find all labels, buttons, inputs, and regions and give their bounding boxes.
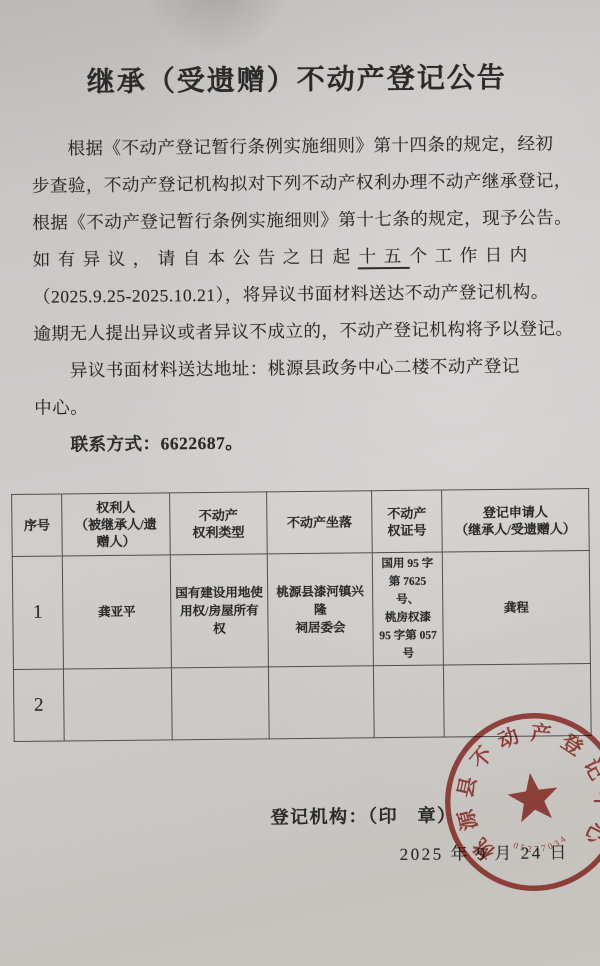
cell-rights-holder [63,668,172,741]
cell-cert-no: 国用 95 字 第 7625 号、 桃房权漆 95 字第 057 号 [372,552,443,666]
table-row: 2 [13,663,591,741]
header-rights-holder: 权利人 （被继承人/遗 赠人） [62,493,171,556]
header-right-type: 不动产 权利类型 [170,492,268,555]
photographed-notice-document: 继承（受遗赠）不动产登记公告 根据《不动产登记暂行条例实施细则》第十四条的规定，… [0,0,600,966]
cell-applicant: 龚程 [442,550,590,665]
cell-location [268,666,374,739]
notice-line-3: 根据《不动产登记暂行条例实施细则》第十七条的规定，现予公告。 [32,199,572,242]
contact-line: 联系方式：6622687。 [34,421,574,464]
objection-line-pre: 如有异议，请自本公告之日起 [33,246,358,269]
objection-line-post: 个工作日内 [410,245,535,266]
document-content: 继承（受遗赠）不动产登记公告 根据《不动产登记暂行条例实施细则》第十四条的规定，… [0,0,600,966]
table-header-row: 序号 权利人 （被继承人/遗 赠人） 不动产 权利类型 不动产坐落 不动产 权证… [12,488,590,556]
registration-table: 序号 权利人 （被继承人/遗 赠人） 不动产 权利类型 不动产坐落 不动产 权证… [11,488,592,742]
underlined-deadline: 十五 [358,246,410,270]
cell-applicant [443,663,591,737]
cell-cert-no [373,665,444,738]
notice-line-address: 异议书面材料送达地址：桃源县政务中心二楼不动产登记 [34,347,574,390]
table-row: 1 龚亚平 国有建设用地使 用权/房屋所有 权 桃源县漆河镇兴隆 祠居委会 国用… [12,550,590,669]
header-applicant: 登记申请人 （继承人/受遗赠人） [442,488,590,552]
notice-line-6: 逾期无人提出异议或者异议不成立的，不动产登记机构将予以登记。 [33,310,573,353]
cell-seq: 2 [13,669,64,742]
header-location: 不动产坐落 [267,491,373,554]
page-title: 继承（受遗赠）不动产登记公告 [0,55,597,101]
header-cert-no: 不动产 权证号 [372,490,443,553]
notice-line-dates: （2025.9.25-2025.10.21），将异议书面材料送达不动产登记机构。 [33,273,573,316]
contact-phone: 6622687。 [160,433,243,454]
cell-rights-holder: 龚亚平 [62,555,171,669]
registration-authority-line: 登记机构：（印 章） [4,800,600,832]
notice-line-2: 步查验，不动产登记机构拟对下列不动产权利办理不动产继承登记， [32,162,572,205]
cell-location: 桃源县漆河镇兴隆 祠居委会 [267,553,373,667]
cell-right-type: 国有建设用地使 用权/房屋所有 权 [170,554,268,668]
notice-body: 根据《不动产登记暂行条例实施细则》第十四条的规定，经初 步查验，不动产登记机构拟… [0,125,600,464]
notice-line-address-cont: 中心。 [34,384,574,427]
notice-line-objection-period: 如有异议，请自本公告之日起十五个工作日内 [32,236,572,279]
contact-label: 联系方式： [70,433,160,454]
cell-seq: 1 [12,556,63,670]
date-line: 2025 年 9 月 24 日 [5,838,600,869]
cell-right-type [171,667,269,740]
notice-line-1: 根据《不动产登记暂行条例实施细则》第十四条的规定，经初 [31,125,571,168]
header-seq: 序号 [12,494,63,557]
